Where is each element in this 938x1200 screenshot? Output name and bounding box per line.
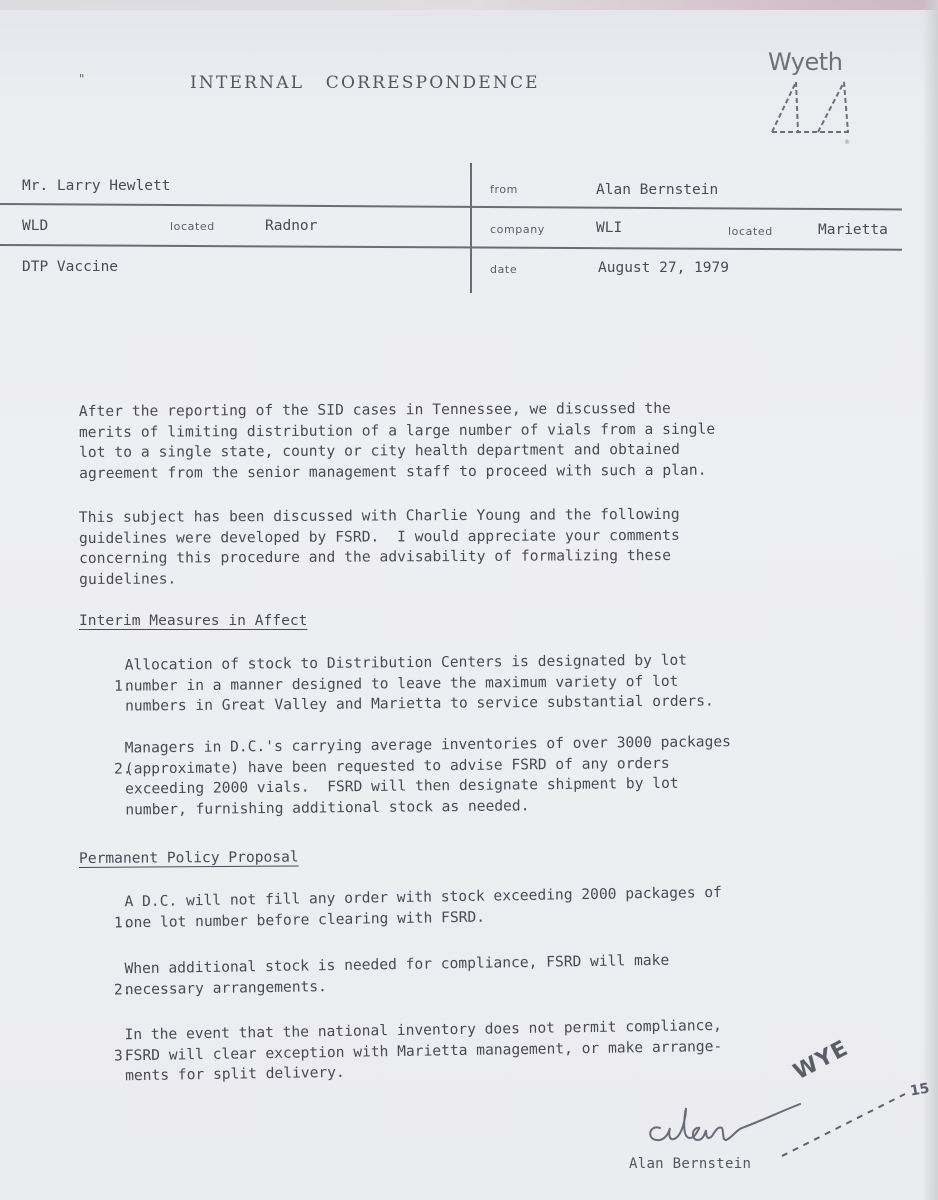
to-department: WLD (22, 218, 48, 234)
memo-rule-1 (0, 203, 902, 211)
document-title: INTERNAL CORRESPONDENCE (190, 73, 540, 93)
item-text: Allocation of stock to Distribution Cent… (125, 650, 714, 717)
to-located-label: located (170, 220, 215, 233)
list-item: 2. Managers in D.C.'s carrying average i… (79, 730, 910, 821)
section-heading-permanent: Permanent Policy Proposal (79, 848, 299, 867)
stray-mark: " (78, 72, 85, 86)
memo-divider (470, 163, 472, 293)
from-location: Marietta (818, 222, 888, 238)
paper-top-edge (0, 0, 938, 10)
section-heading-interim: Interim Measures in Affect (79, 612, 307, 629)
wyeth-logo: Wyeth ® (762, 48, 862, 144)
item-text: In the event that the national inventory… (124, 1016, 722, 1087)
handwritten-signature (640, 1098, 820, 1148)
paragraph-1: After the reporting of the SID cases in … (79, 398, 899, 484)
from-located-label: located (728, 225, 773, 238)
date-label: date (490, 263, 517, 276)
stamp-mark-number: 15 (909, 1080, 931, 1099)
item-text: A D.C. will not fill any order with stoc… (124, 883, 722, 933)
paper-right-edge (922, 0, 938, 1200)
svg-text:®: ® (844, 139, 850, 146)
logo-wordmark: Wyeth (768, 48, 842, 76)
to-location: Radnor (265, 218, 317, 234)
subject: DTP Vaccine (22, 259, 118, 275)
paragraph-2: This subject has been discussed with Cha… (79, 504, 899, 590)
list-item: 1. Allocation of stock to Distribution C… (79, 649, 910, 738)
signatory-name: Alan Bernstein (629, 1156, 751, 1172)
memo-rule-2 (0, 244, 902, 251)
logo-triangle-icon: ® (762, 76, 857, 146)
document-page: " INTERNAL CORRESPONDENCE Wyeth ® Mr. La… (0, 0, 938, 1200)
item-text: When additional stock is needed for comp… (124, 951, 669, 1001)
from-sender: Alan Bernstein (596, 182, 718, 198)
to-recipient: Mr. Larry Hewlett (22, 178, 170, 194)
item-text: Managers in D.C.'s carrying average inve… (125, 732, 732, 820)
company-value: WLI (596, 220, 622, 236)
company-label: company (490, 223, 545, 236)
from-label: from (490, 183, 518, 196)
memo-date: August 27, 1979 (598, 260, 729, 276)
